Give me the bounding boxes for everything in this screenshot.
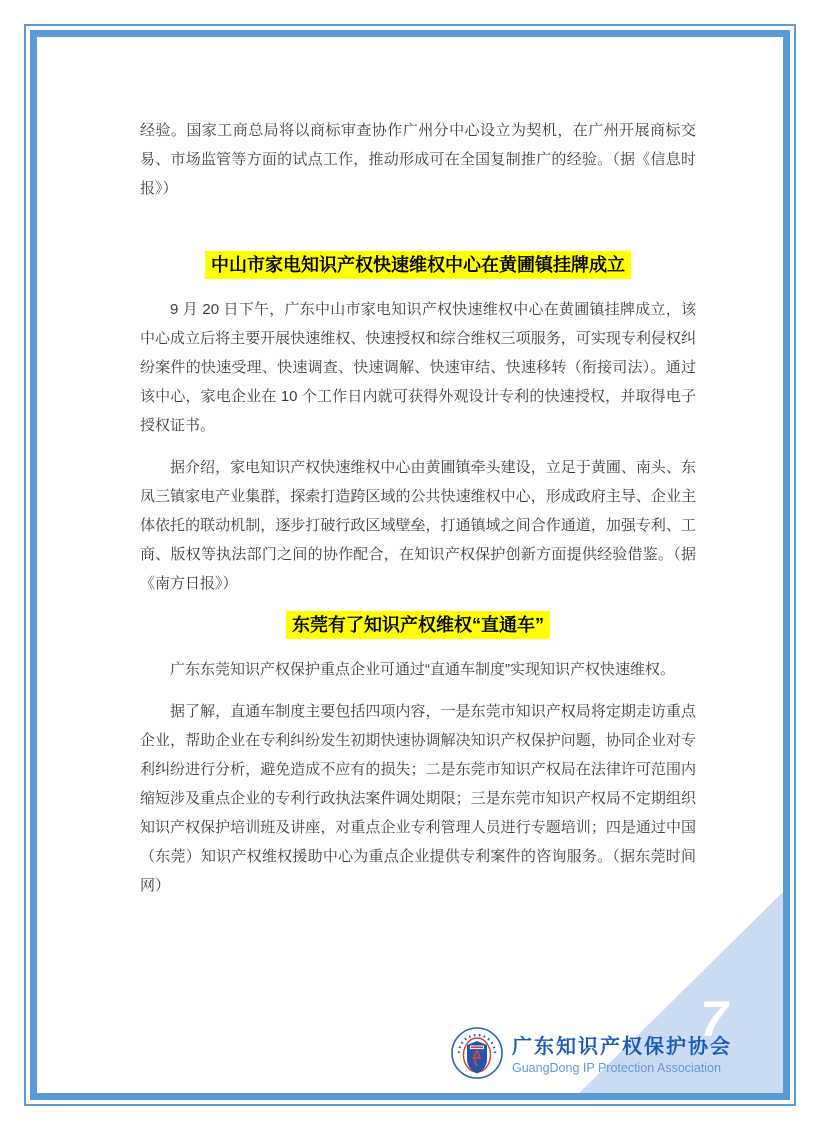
footer-brand: 广东知识产权保护协会 GuangDong IP Protection Assoc… — [450, 1024, 732, 1087]
section-1-paragraph-2: 据介绍，家电知识产权快速维权中心由黄圃镇牵头建设，立足于黄圃、南头、东凤三镇家电… — [140, 453, 696, 598]
section-2-paragraph-1: 广东东莞知识产权保护重点企业可通过“直通车制度”实现知识产权快速维权。 — [140, 655, 696, 684]
article-body: 经验。国家工商总局将以商标审查协作广州分中心设立为契机，在广州开展商标交易、市场… — [38, 38, 782, 913]
section-heading-1: 中山市家电知识产权快速维权中心在黄圃镇挂牌成立 — [140, 251, 696, 279]
section-1-paragraph-1: 9 月 20 日下午，广东中山市家电知识产权快速维权中心在黄圃镇挂牌成立，该中心… — [140, 295, 696, 440]
org-name-en: GuangDong IP Protection Association — [512, 1060, 732, 1077]
section-heading-2-text: 东莞有了知识产权维权“直通车” — [286, 611, 550, 639]
org-name-cn: 广东知识产权保护协会 — [512, 1034, 732, 1060]
gdipa-seal-logo-icon — [450, 1024, 504, 1087]
document-page: 经验。国家工商总局将以商标审查协作广州分中心设立为契机，在广州开展商标交易、市场… — [0, 0, 820, 1130]
section-heading-1-text: 中山市家电知识产权快速维权中心在黄圃镇挂牌成立 — [205, 251, 631, 279]
section-heading-2: 东莞有了知识产权维权“直通车” — [140, 611, 696, 639]
section-2-paragraph-2: 据了解，直通车制度主要包括四项内容，一是东莞市知识产权局将定期走访重点企业，帮助… — [140, 697, 696, 900]
intro-paragraph: 经验。国家工商总局将以商标审查协作广州分中心设立为契机，在广州开展商标交易、市场… — [140, 116, 696, 203]
footer-brand-text: 广东知识产权保护协会 GuangDong IP Protection Assoc… — [512, 1034, 732, 1077]
